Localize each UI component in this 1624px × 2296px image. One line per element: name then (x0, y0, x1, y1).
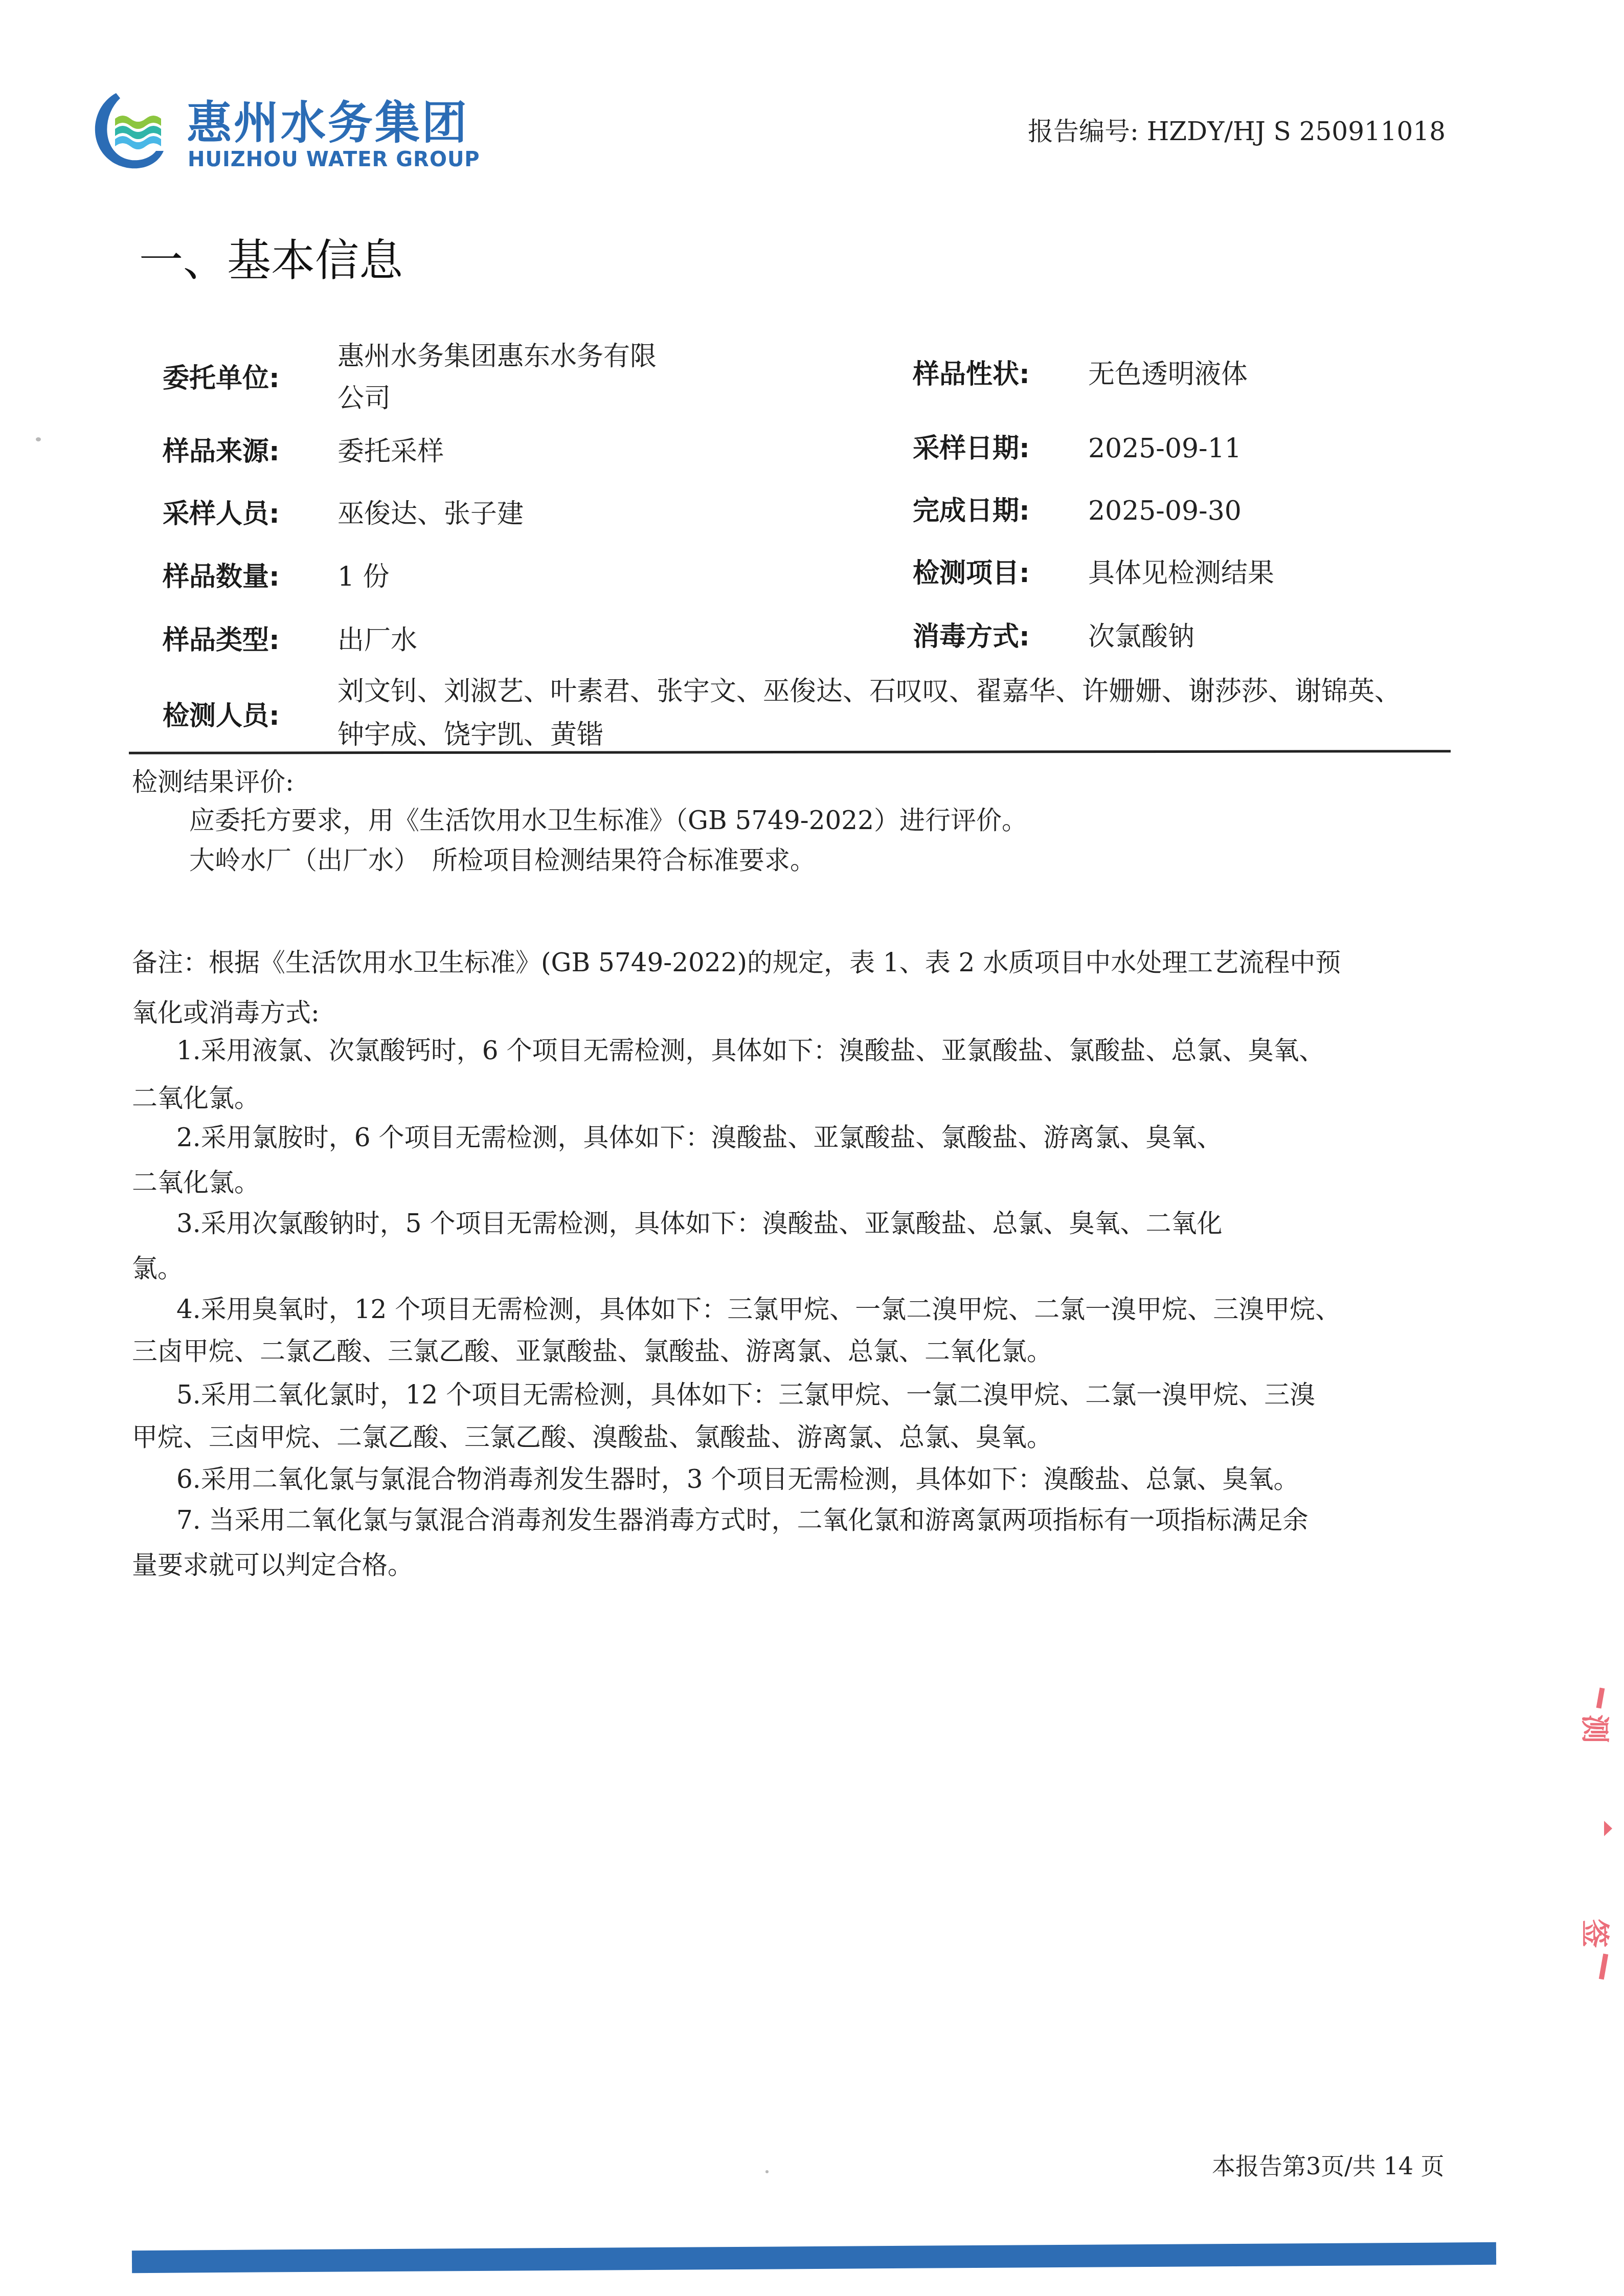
value-disinfection-method: 次氯酸钠 (1088, 615, 1194, 658)
value-completion-date: 2025-09-30 (1088, 489, 1242, 532)
seal-glyph: 测 (1576, 1714, 1617, 1743)
label-completion-date: 完成日期: (913, 493, 1030, 529)
remark-line: 5.采用二氧化氯时，12 个项目无需检测，具体如下：三氯甲烷、一氯二溴甲烷、二氯… (176, 1373, 1315, 1416)
value-sample-type: 出厂水 (337, 619, 417, 662)
remark-line: 6.采用二氧化氯与氯混合物消毒剂发生器时，3 个项目无需检测，具体如下：溴酸盐、… (176, 1458, 1299, 1501)
label-client: 委托单位: (163, 361, 280, 396)
section-divider (129, 750, 1451, 754)
section-title: 一、基本信息 (139, 233, 403, 289)
label-testers: 检测人员: (163, 698, 280, 734)
remark-line: 7. 当采用二氧化氯与氯混合消毒剂发生器消毒方式时，二氧化氯和游离氯两项指标有一… (176, 1499, 1309, 1542)
remark-line: 甲烷、三卤甲烷、二氯乙酸、三氯乙酸、溴酸盐、氯酸盐、游离氯、总氯、臭氧。 (132, 1416, 1052, 1459)
value-client-line2: 公司 (337, 377, 391, 420)
scan-speck (765, 2170, 769, 2173)
logo-chinese-name: 惠州水务集团 (187, 97, 469, 148)
value-samplers: 巫俊达、张子建 (337, 493, 524, 536)
page-number: 本报告第3页/共 14 页 (1212, 2148, 1445, 2184)
remark-line: 4.采用臭氧时，12 个项目无需检测，具体如下：三氯甲烷、一氯二溴甲烷、二氯一溴… (176, 1288, 1341, 1331)
company-logo: 惠州水务集团 HUIZHOU WATER GROUP (84, 87, 442, 174)
value-testers-line1: 刘文钊、刘淑艺、叶素君、张宇文、巫俊达、石叹叹、翟嘉华、许姗姗、谢莎莎、谢锦英、 (337, 670, 1401, 713)
remark-line: 氯。 (132, 1247, 183, 1290)
value-testers-line2: 钟宇成、饶宇凯、黄锴 (337, 714, 603, 756)
value-sampling-date: 2025-09-11 (1088, 427, 1242, 470)
logo-english-name: HUIZHOU WATER GROUP (188, 148, 480, 171)
remark-line: 二氧化氯。 (132, 1077, 260, 1120)
red-seal-stamp: 测 签 (1583, 1688, 1618, 1985)
label-sample-type: 样品类型: (163, 622, 280, 658)
evaluation-heading: 检测结果评价: (132, 761, 294, 804)
label-samplers: 采样人员: (163, 496, 280, 532)
footer-bar (132, 2242, 1496, 2273)
remark-line: 二氧化氯。 (132, 1161, 260, 1204)
label-sampling-date: 采样日期: (913, 431, 1030, 466)
label-disinfection-method: 消毒方式: (913, 619, 1030, 655)
value-test-items: 具体见检测结果 (1088, 552, 1274, 595)
seal-glyph: 签 (1576, 1919, 1617, 1948)
remark-line: 备注：根据《生活饮用水卫生标准》(GB 5749-2022)的规定，表 1、表 … (132, 941, 1341, 984)
evaluation-line-1: 应委托方要求，用《生活饮用水卫生标准》（GB 5749-2022）进行评价。 (189, 799, 1027, 842)
water-wave-logo-icon (84, 87, 182, 174)
value-sample-appearance: 无色透明液体 (1088, 353, 1248, 396)
remark-line: 量要求就可以判定合格。 (132, 1544, 413, 1587)
value-client-line1: 惠州水务集团惠东水务有限 (337, 335, 657, 378)
remark-line: 2.采用氯胺时，6 个项目无需检测，具体如下：溴酸盐、亚氯酸盐、氯酸盐、游离氯、… (176, 1116, 1222, 1159)
label-test-items: 检测项目: (913, 555, 1030, 591)
scan-speck (36, 437, 41, 441)
evaluation-line-2: 大岭水厂（出厂水） 所检项目检测结果符合标准要求。 (189, 839, 816, 882)
label-sample-quantity: 样品数量: (163, 559, 280, 595)
remark-line: 3.采用次氯酸钠时，5 个项目无需检测，具体如下：溴酸盐、亚氯酸盐、总氯、臭氧、… (176, 1202, 1222, 1245)
value-sample-quantity: 1 份 (337, 555, 390, 598)
report-number-label: 报告编号: (1028, 117, 1139, 146)
label-sample-appearance: 样品性状: (913, 356, 1030, 392)
report-number: 报告编号: HZDY/HJ S 250911018 (1028, 114, 1446, 149)
label-sample-source: 样品来源: (163, 434, 280, 470)
remark-line: 1.采用液氯、次氯酸钙时，6 个项目无需检测，具体如下：溴酸盐、亚氯酸盐、氯酸盐… (176, 1029, 1324, 1072)
remark-line: 氧化或消毒方式: (132, 991, 320, 1034)
remark-line: 三卤甲烷、二氯乙酸、三氯乙酸、亚氯酸盐、氯酸盐、游离氯、总氯、二氧化氯。 (132, 1330, 1052, 1373)
value-sample-source: 委托采样 (337, 430, 444, 473)
report-number-value: HZDY/HJ S 250911018 (1147, 117, 1446, 146)
